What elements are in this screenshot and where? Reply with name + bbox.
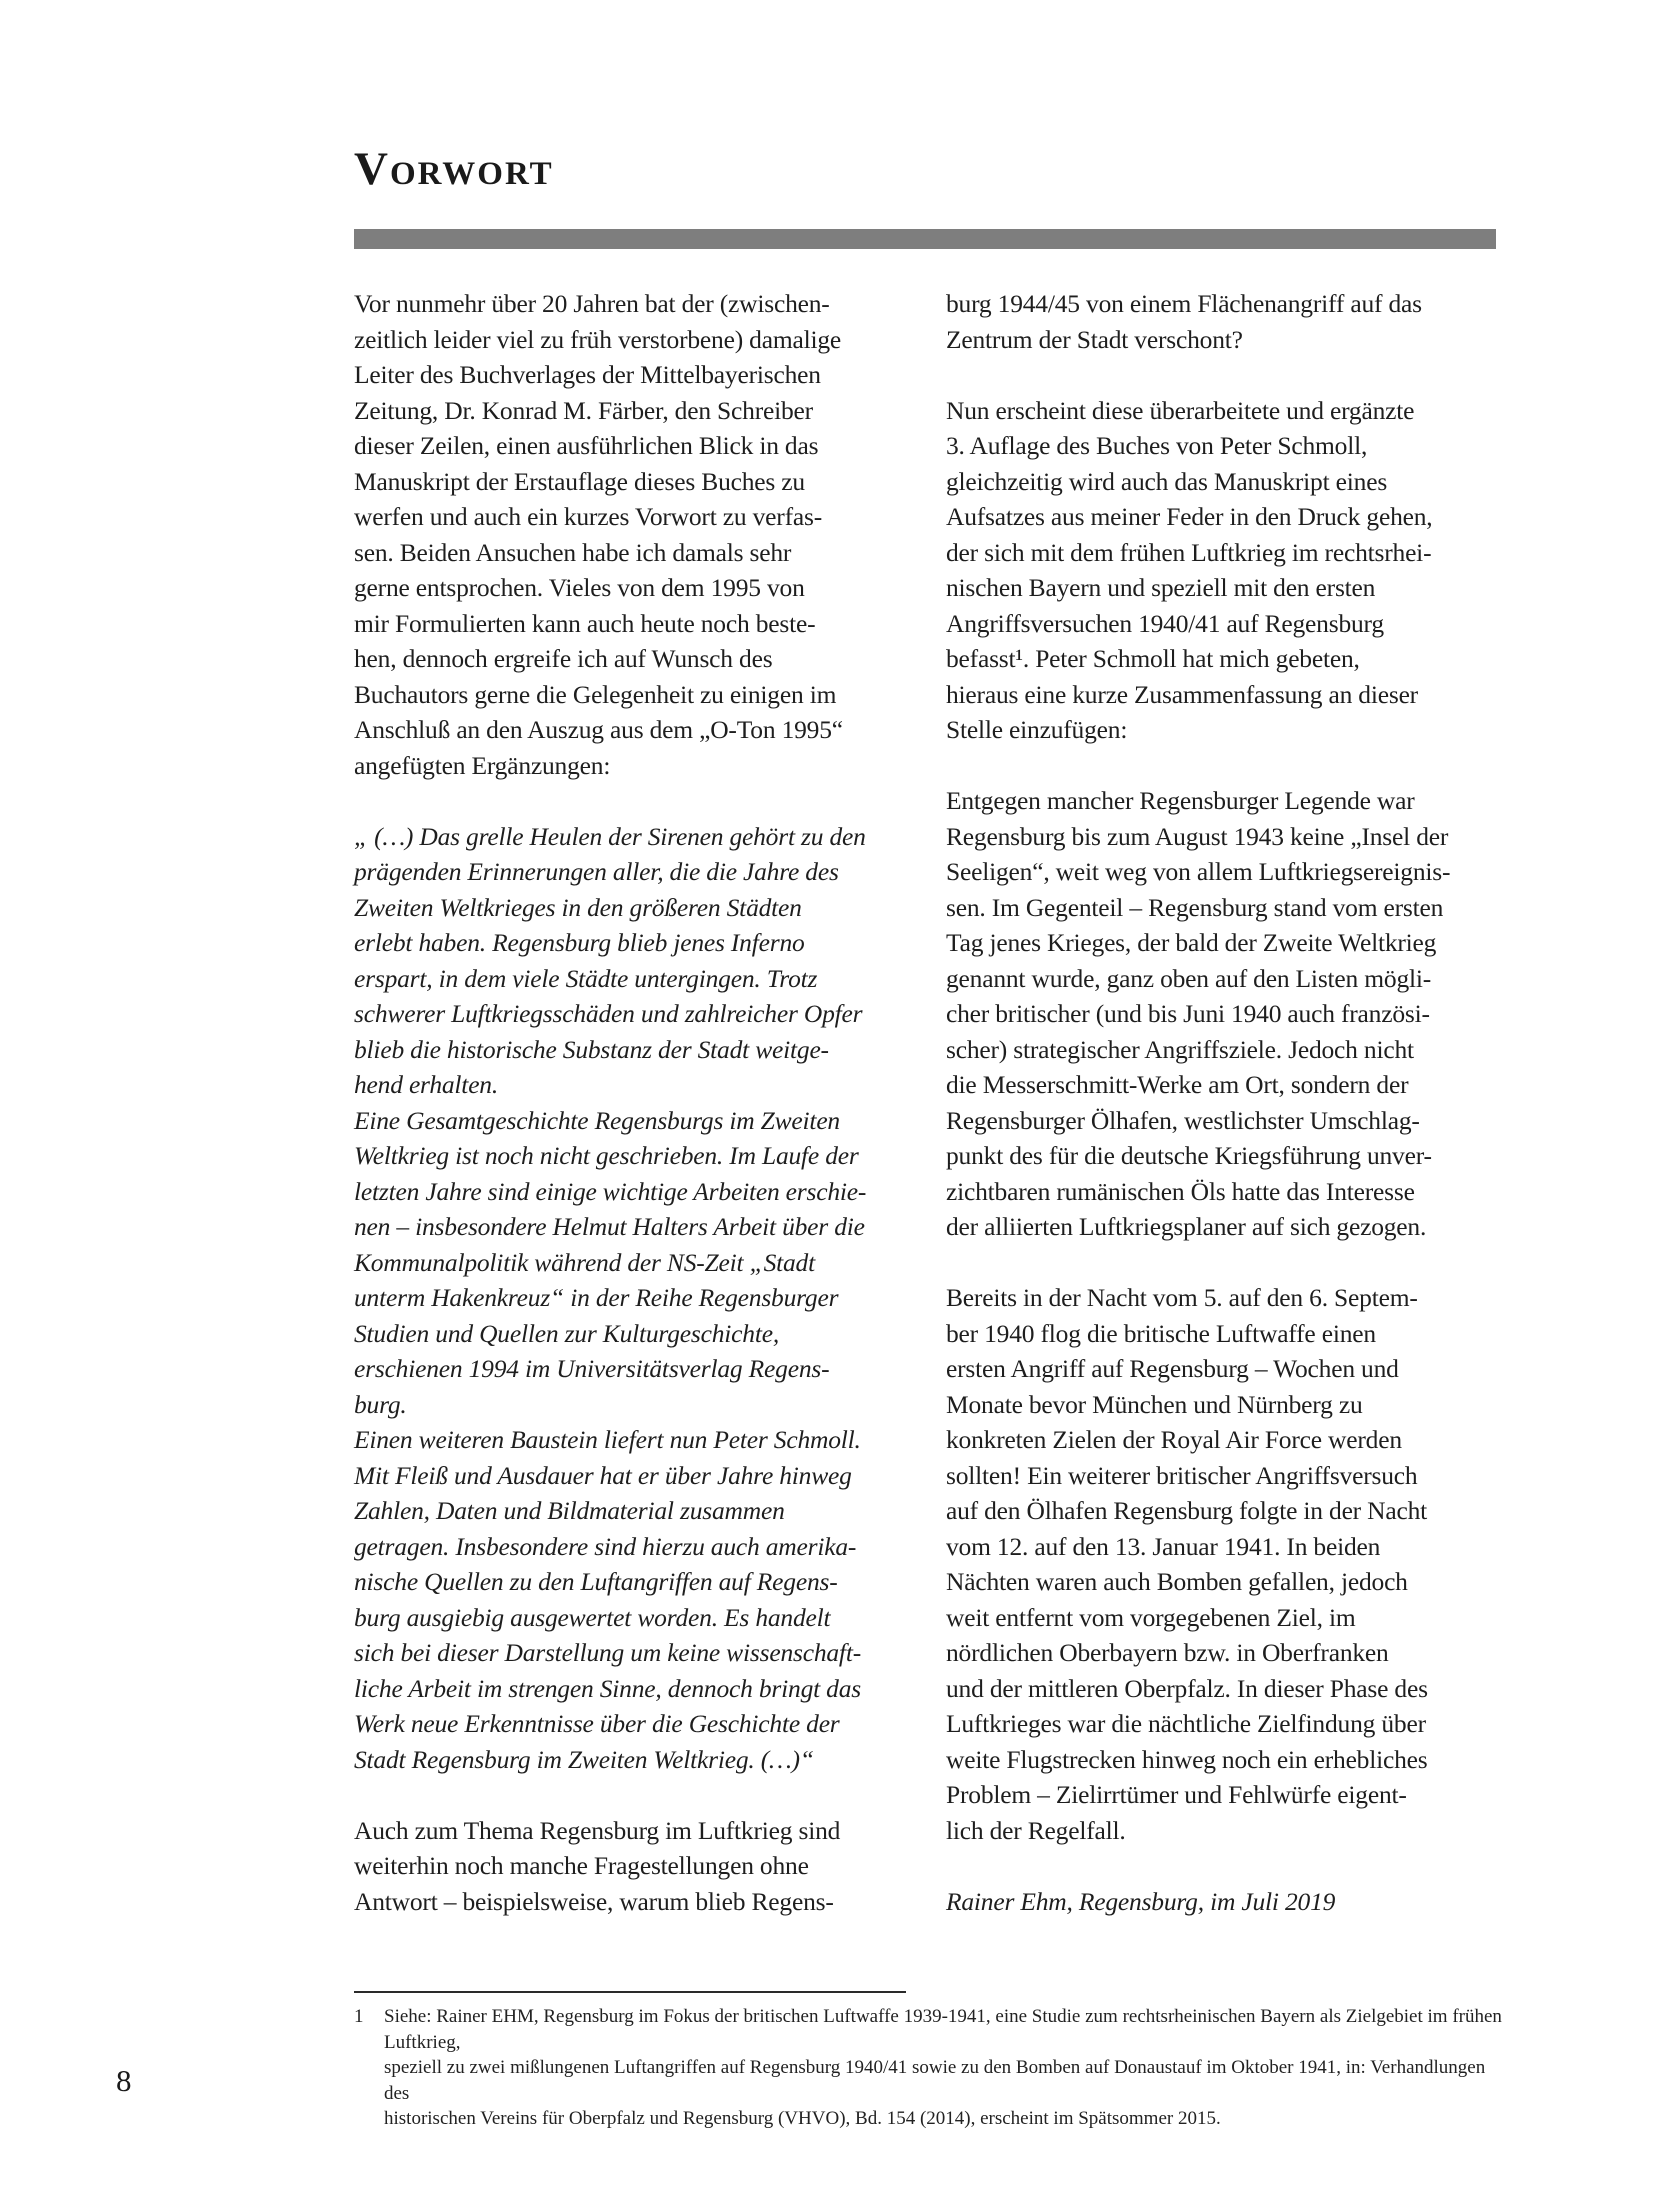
paragraph: Auch zum Thema Regensburg im Luftkrieg s… <box>354 1813 904 1920</box>
page-number: 8 <box>116 2062 132 2099</box>
paragraph: burg 1944/45 von einem Flächenangriff au… <box>946 286 1496 357</box>
paragraph: Nun erscheint diese überarbeitete und er… <box>946 393 1496 748</box>
footnote-rule <box>354 1991 906 1993</box>
paragraph: „ (…) Das grelle Heulen der Sirenen gehö… <box>354 819 904 1103</box>
footnote: 1 Siehe: Rainer EHM, Regensburg im Fokus… <box>354 2004 1504 2132</box>
left-column: Vor nunmehr über 20 Jahren bat der (zwis… <box>354 286 904 1919</box>
right-column: burg 1944/45 von einem Flächenangriff au… <box>946 286 1496 1919</box>
paragraph: Rainer Ehm, Regensburg, im Juli 2019 <box>946 1884 1496 1920</box>
page-title: Vorwort <box>354 146 554 193</box>
paragraph: Vor nunmehr über 20 Jahren bat der (zwis… <box>354 286 904 783</box>
paragraph: Einen weiteren Baustein liefert nun Pete… <box>354 1422 904 1777</box>
paragraph: Eine Gesamtgeschichte Regensburgs im Zwe… <box>354 1103 904 1423</box>
footnote-text: Siehe: Rainer EHM, Regensburg im Fokus d… <box>384 2004 1504 2132</box>
footnote-number: 1 <box>354 2004 384 2132</box>
text-columns: Vor nunmehr über 20 Jahren bat der (zwis… <box>354 286 1496 1919</box>
paragraph: Bereits in der Nacht vom 5. auf den 6. S… <box>946 1280 1496 1848</box>
book-page: { "page": { "title": "Vorwort", "page_nu… <box>0 0 1654 2205</box>
paragraph: Entgegen mancher Regensburger Legende wa… <box>946 783 1496 1245</box>
title-rule <box>354 229 1496 249</box>
